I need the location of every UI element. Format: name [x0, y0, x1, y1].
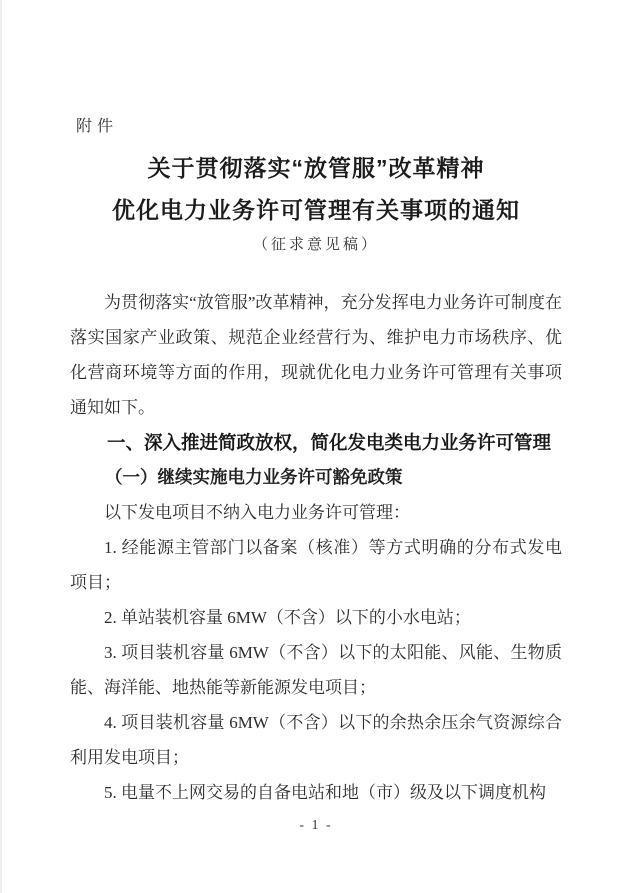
- list-item: 2. 单站装机容量 6MW（不含）以下的小水电站；: [70, 600, 562, 635]
- list-lead-sentence: 以下发电项目不纳入电力业务许可管理：: [70, 495, 562, 530]
- document-subtitle: （征求意见稿）: [0, 233, 632, 254]
- document-title-line2: 优化电力业务许可管理有关事项的通知: [0, 189, 632, 231]
- scan-edge-strip: [0, 0, 2, 893]
- document-body: 为贯彻落实“放管服”改革精神，充分发挥电力业务许可制度在落实国家产业政策、规范企…: [70, 285, 562, 810]
- page-number: - 1 -: [0, 818, 632, 834]
- attachment-label: 附件: [76, 113, 118, 136]
- section-1-heading: 一、深入推进简政放权，简化发电类电力业务许可管理: [70, 425, 562, 460]
- list-item: 3. 项目装机容量 6MW（不含）以下的太阳能、风能、生物质能、海洋能、地热能等…: [70, 635, 562, 705]
- document-page: 附件 关于贯彻落实“放管服”改革精神 优化电力业务许可管理有关事项的通知 （征求…: [0, 0, 632, 893]
- list-item: 4. 项目装机容量 6MW（不含）以下的余热余压余气资源综合利用发电项目；: [70, 705, 562, 775]
- document-title-line1: 关于贯彻落实“放管服”改革精神: [0, 147, 632, 189]
- subsection-1-heading: （一）继续实施电力业务许可豁免政策: [70, 460, 562, 495]
- list-item: 1. 经能源主管部门以备案（核准）等方式明确的分布式发电项目；: [70, 530, 562, 600]
- document-title: 关于贯彻落实“放管服”改革精神 优化电力业务许可管理有关事项的通知: [0, 147, 632, 231]
- list-item: 5. 电量不上网交易的自备电站和地（市）级及以下调度机构: [70, 775, 562, 810]
- intro-paragraph: 为贯彻落实“放管服”改革精神，充分发挥电力业务许可制度在落实国家产业政策、规范企…: [70, 285, 562, 425]
